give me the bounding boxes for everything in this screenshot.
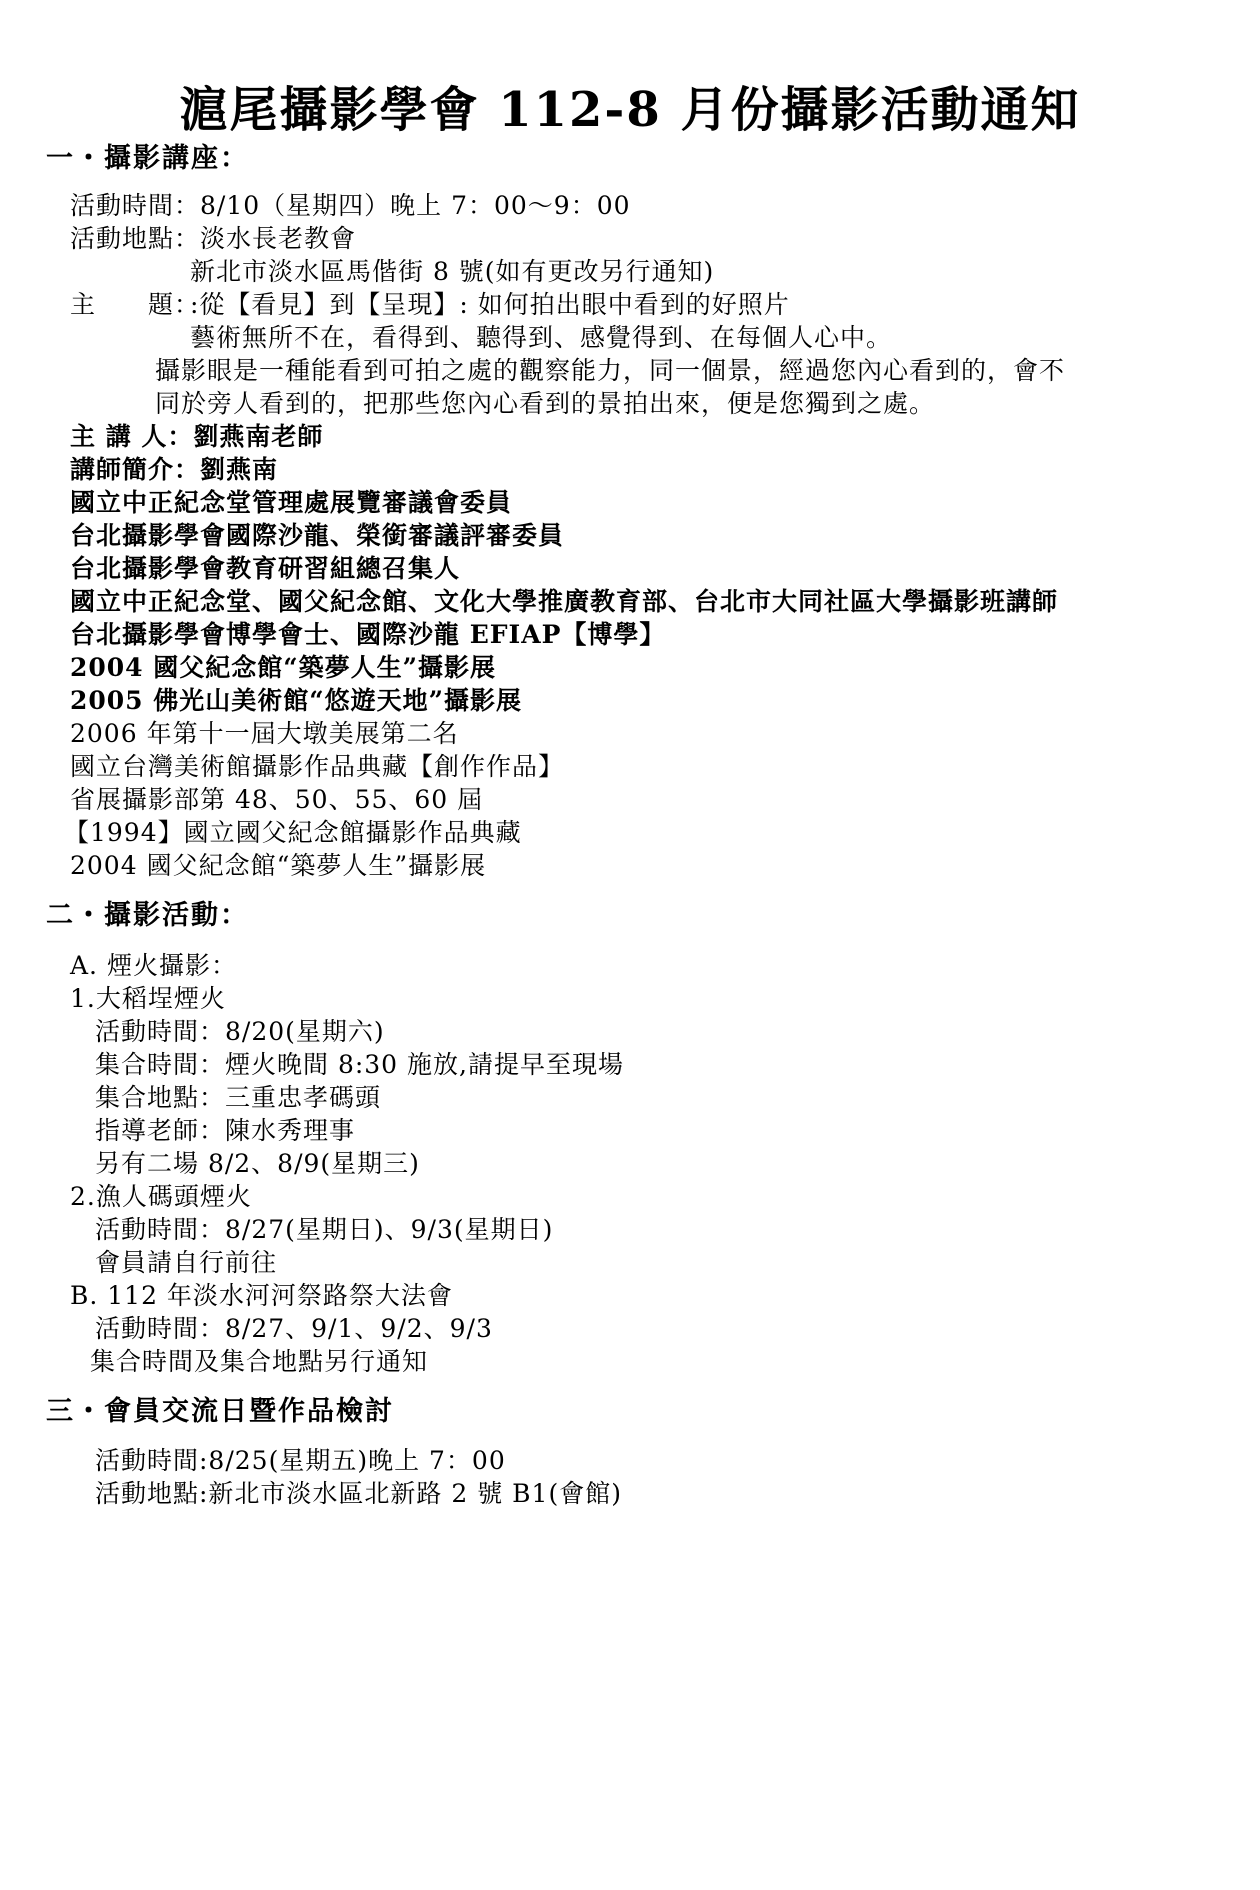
fireworks-item-1-time: 活動時間：8/20(星期六) — [95, 1016, 385, 1048]
ceremony-heading: B. 112 年淡水河河祭路祭大法會 — [70, 1280, 453, 1312]
speaker-bio-item: 國立中正紀念堂、國父紀念館、文化大學推廣教育部、台北市大同社區大學攝影班講師 — [70, 586, 1058, 618]
ceremony-note: 集合時間及集合地點另行通知 — [90, 1346, 428, 1378]
section-heading-activities: 二・攝影活動： — [46, 900, 249, 932]
fireworks-item-1-gather-place: 集合地點：三重忠孝碼頭 — [95, 1082, 381, 1114]
speaker-bio-item: 2004 國父紀念館“築夢人生”攝影展 — [70, 652, 496, 684]
lecture-topic-line2: 藝術無所不在，看得到、聽得到、感覺得到、在每個人心中。 — [190, 322, 892, 354]
document-title: 滬尾攝影學會 112-8 月份攝影活動通知 — [0, 82, 1260, 138]
lecture-speaker: 主 講 人：劉燕南老師 — [70, 421, 323, 453]
lecture-address: 新北市淡水區馬偕街 8 號(如有更改另行通知) — [190, 256, 714, 288]
fireworks-heading: A. 煙火攝影： — [70, 950, 237, 982]
speaker-bio-item: 省展攝影部第 48、50、55、60 屆 — [70, 784, 483, 816]
speaker-bio-item: 2005 佛光山美術館“悠遊天地”攝影展 — [70, 685, 522, 717]
fireworks-item-2-title: 2.漁人碼頭煙火 — [70, 1181, 252, 1213]
lecture-place: 活動地點：淡水長老教會 — [70, 223, 356, 255]
speaker-bio-item: 台北攝影學會博學會士、國際沙龍 EFIAP【博學】 — [70, 619, 665, 651]
fireworks-item-1-title: 1.大稻埕煙火 — [70, 983, 226, 1015]
lecture-topic-line3: 攝影眼是一種能看到可拍之處的觀察能力，同一個景，經過您內心看到的，會不 — [155, 355, 1065, 387]
speaker-bio-label: 講師簡介：劉燕南 — [70, 454, 278, 486]
ceremony-time: 活動時間：8/27、9/1、9/2、9/3 — [95, 1313, 493, 1345]
speaker-bio-item: 2006 年第十一屆大墩美展第二名 — [70, 718, 459, 750]
speaker-bio-item: 台北攝影學會國際沙龍、榮銜審議評審委員 — [70, 520, 564, 552]
lecture-topic-line4: 同於旁人看到的，把那些您內心看到的景拍出來，便是您獨到之處。 — [155, 388, 935, 420]
fireworks-item-1-gather-time: 集合時間：煙火晚間 8:30 施放,請提早至現場 — [95, 1049, 624, 1081]
fireworks-item-1-instructor: 指導老師：陳水秀理事 — [95, 1115, 355, 1147]
fireworks-item-2-time: 活動時間：8/27(星期日)、9/3(星期日) — [95, 1214, 553, 1246]
speaker-bio-item: 國立中正紀念堂管理處展覽審議會委員 — [70, 487, 512, 519]
fireworks-item-2-note: 會員請自行前往 — [95, 1247, 277, 1279]
notice-document: 滬尾攝影學會 112-8 月份攝影活動通知 一・攝影講座： 活動時間：8/10（… — [0, 0, 1260, 1890]
section-heading-member-day: 三・會員交流日暨作品檢討 — [46, 1396, 394, 1428]
speaker-bio-item: 國立台灣美術館攝影作品典藏【創作作品】 — [70, 751, 564, 783]
lecture-topic-label: 主 題： — [70, 289, 200, 321]
lecture-topic: :從【看見】到【呈現】: 如何拍出眼中看到的好照片 — [190, 289, 790, 321]
speaker-bio-item: 2004 國父紀念館“築夢人生”攝影展 — [70, 850, 486, 882]
fireworks-item-1-extra: 另有二場 8/2、8/9(星期三) — [95, 1148, 420, 1180]
member-day-place: 活動地點:新北市淡水區北新路 2 號 B1(會館) — [95, 1478, 622, 1510]
member-day-time: 活動時間:8/25(星期五)晚上 7：00 — [95, 1445, 506, 1477]
speaker-bio-item: 【1994】國立國父紀念館攝影作品典藏 — [64, 817, 522, 849]
section-heading-lecture: 一・攝影講座： — [46, 143, 249, 175]
speaker-bio-item: 台北攝影學會教育研習組總召集人 — [70, 553, 460, 585]
lecture-time: 活動時間：8/10（星期四）晚上 7：00～9：00 — [70, 190, 631, 222]
